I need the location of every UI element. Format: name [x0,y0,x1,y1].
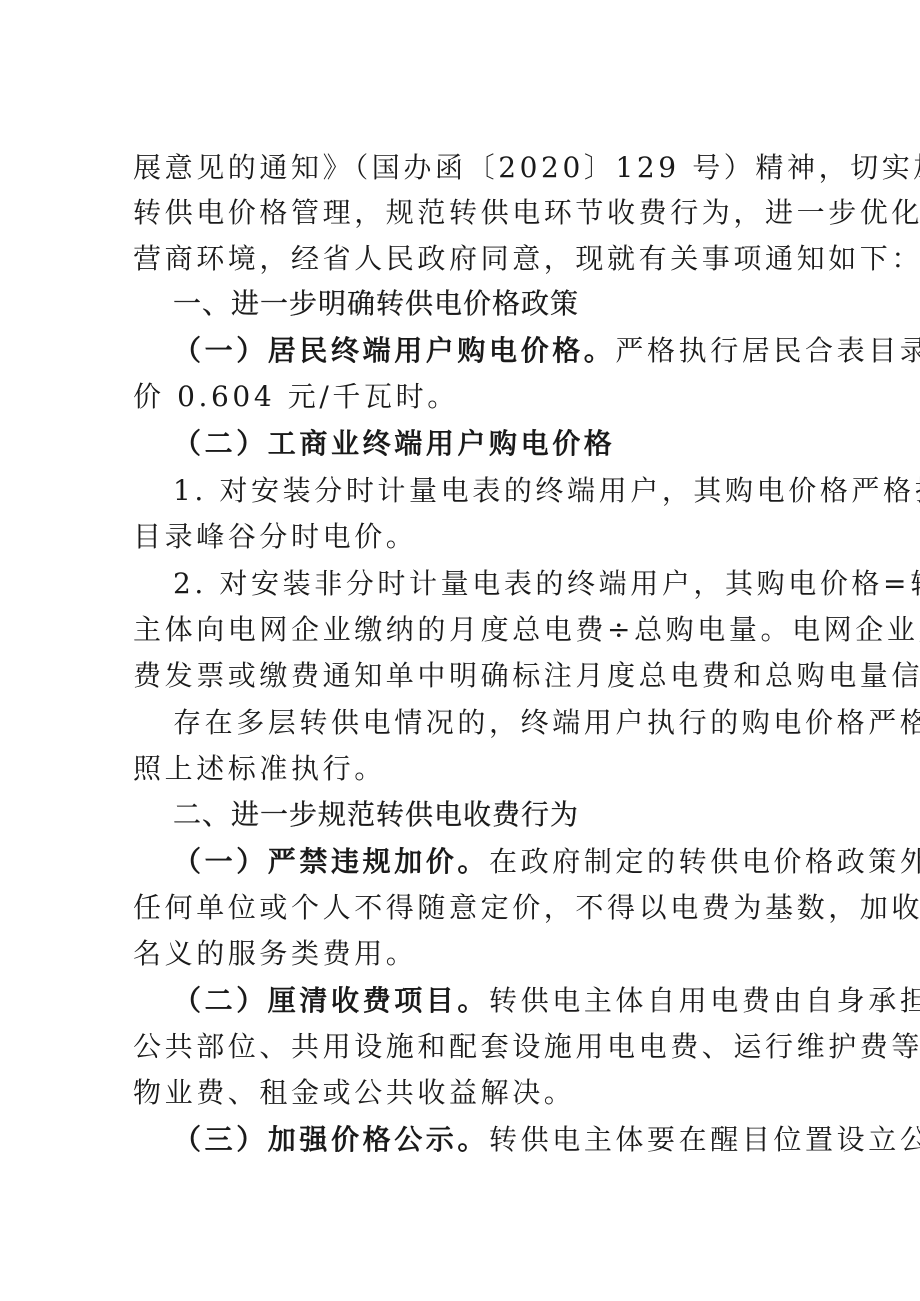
body-line: 名义的服务类费用。 [133,934,807,974]
item-text: 严格执行居民合表目录电 [615,334,920,367]
body-line: 费发票或缴费通知单中明确标注月度总电费和总购电量信息。 [133,656,807,696]
item-text: 转供电主体自用电费由自身承担； [489,984,920,1017]
body-line: 存在多层转供电情况的，终端用户执行的购电价格严格按 [173,703,807,743]
body-line: 价 0.604 元/千瓦时。 [133,377,807,417]
item-first-line: （二）厘清收费项目。转供电主体自用电费由自身承担； [173,981,807,1021]
section-heading: 一、进一步明确转供电价格政策 [173,284,807,324]
body-line: 照上述标准执行。 [133,749,807,789]
item-first-line: （一）居民终端用户购电价格。严格执行居民合表目录电 [173,331,807,371]
body-line: 2. 对安装非分时计量电表的终端用户，其购电价格=转供电 [173,564,807,604]
item-lead: （一）严禁违规加价。 [173,845,489,878]
item-first-line: （一）严禁违规加价。在政府制定的转供电价格政策外， [173,842,807,882]
document-page: 展意见的通知》（国办函〔2020〕129 号）精神，切实加强全省 转供电价格管理… [0,0,920,1301]
body-line: 任何单位或个人不得随意定价，不得以电费为基数，加收任何 [133,888,807,928]
item-lead: （二）厘清收费项目。 [173,984,489,1017]
section-heading: 二、进一步规范转供电收费行为 [173,795,807,835]
body-line: 物业费、租金或公共收益解决。 [133,1073,807,1113]
item-first-line: （三）加强价格公示。转供电主体要在醒目位置设立公示 [173,1120,807,1160]
body-line: 目录峰谷分时电价。 [133,517,807,557]
body-line: 公共部位、共用设施和配套设施用电电费、运行维护费等通过 [133,1027,807,1067]
body-line: 转供电价格管理，规范转供电环节收费行为，进一步优化我省 [133,193,807,233]
body-line: 主体向电网企业缴纳的月度总电费÷总购电量。电网企业应在电 [133,610,807,650]
body-line: 营商环境，经省人民政府同意，现就有关事项通知如下： [133,239,807,279]
item-text: 转供电主体要在醒目位置设立公示 [489,1123,920,1156]
item-lead: （三）加强价格公示。 [173,1123,489,1156]
item-lead: （一）居民终端用户购电价格。 [173,334,615,367]
item-text: 在政府制定的转供电价格政策外， [489,845,920,878]
body-line: 1. 对安装分时计量电表的终端用户，其购电价格严格执行 [173,471,807,511]
body-line: 展意见的通知》（国办函〔2020〕129 号）精神，切实加强全省 [133,148,807,188]
subsection-heading: （二）工商业终端用户购电价格 [173,424,807,464]
